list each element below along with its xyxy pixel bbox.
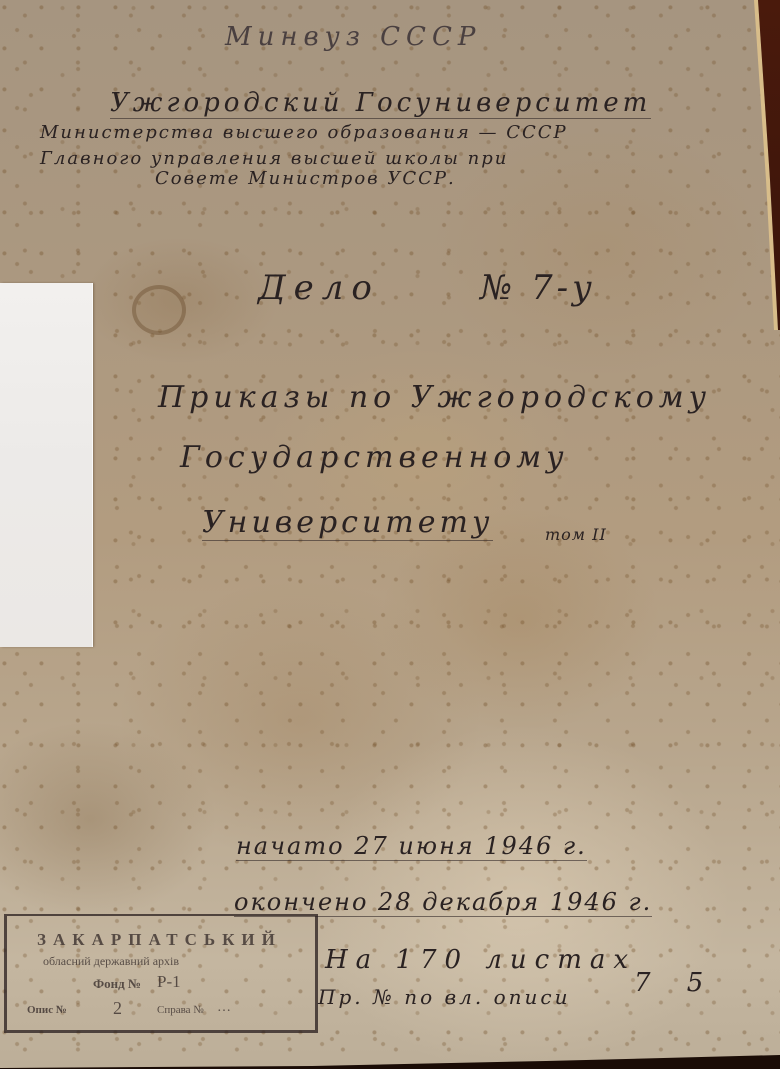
stamp-opys-label: Опис №: [27, 1004, 67, 1016]
file-cover-page: Минвуз СССР Ужгородский Госуниверситет М…: [0, 0, 780, 1069]
file-label: Дело: [258, 268, 380, 308]
stamp-archive-name: ЗАКАРПАТСЬКИЙ: [37, 930, 282, 950]
file-number: № 7-у: [480, 268, 596, 308]
title-line-1: Приказы по Ужгородскому: [158, 380, 711, 415]
stamp-fond-label: Фонд №: [93, 976, 141, 992]
institution-line-1: Ужгородский Госуниверситет: [110, 88, 651, 119]
title-line-2: Государственному: [180, 440, 569, 475]
stamp-fond-value: Р-1: [157, 972, 181, 992]
institution-line-2: Министерства высшего образования — СССР: [40, 122, 568, 143]
date-finished: окончено 28 декабря 1946 г.: [234, 888, 652, 917]
inventory-note: Пр. № по вл. описи: [318, 985, 571, 1009]
stamp-opys-value: 2: [113, 998, 122, 1019]
header-code: Минвуз СССР: [225, 22, 481, 52]
institution-line-3: Главного управления высшей школы при: [40, 148, 508, 169]
inventory-mark: 7 5: [634, 968, 717, 998]
sheet-count: На 170 листах: [325, 945, 636, 975]
stamp-sprava-label: Справа №: [157, 1004, 204, 1016]
white-paper-patch: [0, 283, 92, 647]
volume-number: том II: [545, 525, 607, 544]
title-line-3: Университету: [202, 505, 493, 541]
table-backing-bottom: [0, 1049, 780, 1069]
date-started: начато 27 июня 1946 г.: [236, 832, 587, 861]
stain-mark: [132, 285, 186, 335]
stamp-sprava-value: …: [217, 1000, 231, 1016]
stamp-archive-type: обласний державний архів: [43, 954, 179, 969]
institution-line-4: Совете Министров УССР.: [155, 168, 456, 189]
archive-stamp: ЗАКАРПАТСЬКИЙ обласний державний архів Ф…: [4, 914, 318, 1033]
